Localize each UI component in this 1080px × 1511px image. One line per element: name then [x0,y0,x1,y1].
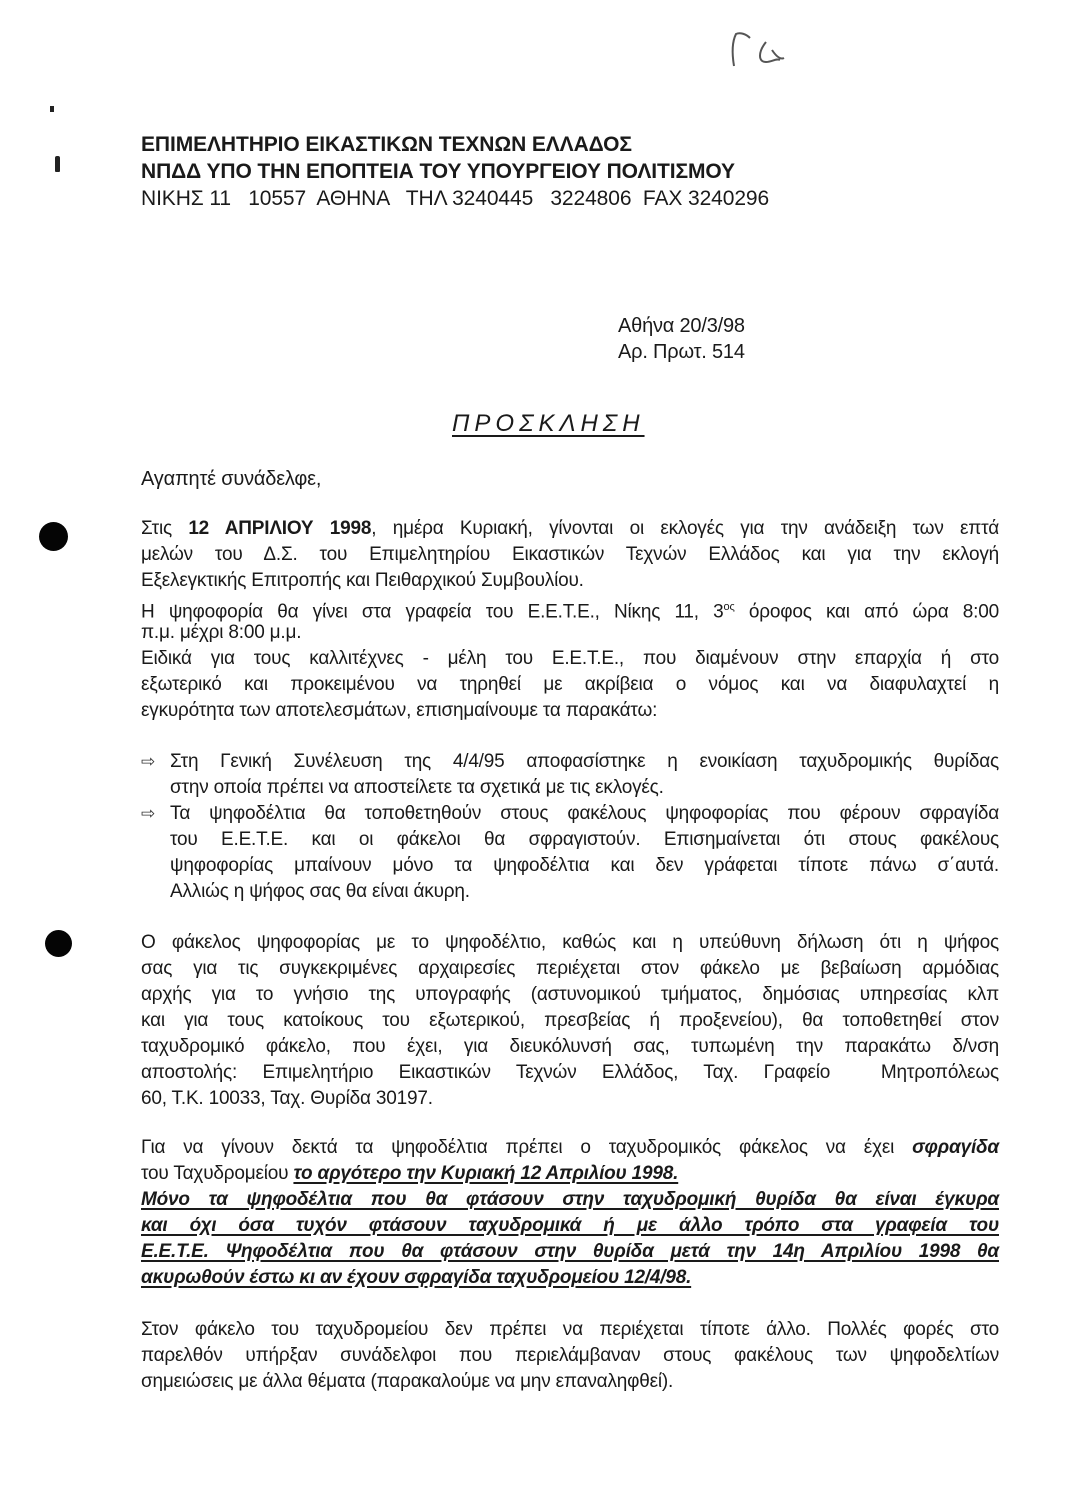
paragraph-3-warning-line: Ε.Ε.Τ.Ε. Ψηφοδέλτια που θα φτάσουν στην … [141,1240,999,1264]
paragraph-1-line: μελών του Δ.Σ. του Επιμελητηρίου Εικαστι… [141,543,999,567]
salutation: Αγαπητέ συνάδελφε, [141,467,321,491]
paragraph-1-line: Στις 12 ΑΠΡΙΛΙΟΥ 1998, ημέρα Κυριακή, γί… [141,517,999,541]
paragraph-3-warning-line: ακυρωθούν έστω κι αν έχουν σφραγίδα ταχυ… [141,1266,691,1290]
paragraph-2-line: αποστολής: Επιμελητήριο Εικαστικών Τεχνώ… [141,1061,999,1085]
document-title: ΠΡΟΣΚΛΗΣΗ [452,410,645,438]
paragraph-1-line: εγκυρότητα των αποτελεσμάτων, επισημαίνο… [141,699,657,723]
paragraph-1-line: εξωτερικό και προκειμένου να τηρηθεί με … [141,673,999,697]
arrow-right-icon: ⇨ [141,802,155,826]
arrow-right-icon: ⇨ [141,750,155,774]
scan-mark [55,156,60,172]
paragraph-4-line: Στον φάκελο του ταχυδρομείου δεν πρέπει … [141,1318,999,1342]
letterhead-organization: ΕΠΙΜΕΛΗΤΗΡΙΟ ΕΙΚΑΣΤΙΚΩΝ ΤΕΧΝΩΝ ΕΛΛΑΔΟΣ [141,133,632,157]
protocol-number: Αρ. Πρωτ. 514 [618,340,745,364]
paragraph-2-line: ταχυδρομικό φάκελο, που έχει, για διευκό… [141,1035,999,1059]
paragraph-1-line: Ειδικά για τους καλλιτέχνες - μέλη του Ε… [141,647,999,671]
handwritten-initials [728,28,798,70]
paragraph-2-line: και για τους κατοίκους του εξωτερικού, π… [141,1009,999,1033]
letter-date: Αθήνα 20/3/98 [618,314,745,338]
paragraph-2-line: Ο φάκελος ψηφοφορίας με το ψηφοδέλτιο, κ… [141,931,999,955]
letterhead-contact: ΝΙΚΗΣ 11 10557 ΑΘΗΝΑ ΤΗΛ 3240445 3224806… [141,187,769,211]
postmark-emphasis: σφραγίδα [912,1137,999,1158]
paragraph-1-line: π.μ. μέχρι 8:00 μ.μ. [141,621,301,645]
paragraph-3-warning-line: Μόνο τα ψηφοδέλτια που θα φτάσουν στην τ… [141,1188,999,1212]
paragraph-2-line: 60, Τ.Κ. 10033, Ταχ. Θυρίδα 30197. [141,1087,433,1111]
bullet-2-line: ψηφοφορίας μπαίνουν μόνο τα ψηφοδέλτια κ… [170,854,999,878]
scan-mark [50,106,54,112]
paragraph-4-line: σημειώσεις με άλλα θέματα (παρακαλούμε ν… [141,1370,673,1394]
paragraph-3-line: Για να γίνουν δεκτά τα ψηφοδέλτια πρέπει… [141,1136,999,1160]
paragraph-2-line: αρχής για το γνήσιο της υπογραφής (αστυν… [141,983,999,1007]
paragraph-1-line: Εξελεγκτικής Επιτροπής και Πειθαρχικού Σ… [141,569,584,593]
bullet-1-line: στην οποία πρέπει να αποστείλετε τα σχετ… [170,776,664,800]
paragraph-1-line: Η ψηφοφορία θα γίνει στα γραφεία του Ε.Ε… [141,595,999,624]
bullet-2-line: του Ε.Ε.Τ.Ε. και οι φάκελοι θα σφραγιστο… [170,828,999,852]
election-date-emphasis: 12 ΑΠΡΙΛΙΟΥ 1998 [188,518,371,539]
punch-hole [45,930,72,957]
bullet-2-line: Αλλιώς η ψήφος σας θα είναι άκυρη. [170,880,470,904]
letterhead-subtitle: ΝΠΔΔ ΥΠΟ ΤΗΝ ΕΠΟΠΤΕΙΑ ΤΟΥ ΥΠΟΥΡΓΕΙΟΥ ΠΟΛ… [141,160,735,184]
paragraph-3-warning-line: και όχι όσα τυχόν φτάσουν ταχυδρομικά ή … [141,1214,999,1238]
paragraph-2-line: σας για τις συγκεκριμένες αρχαιρεσίες πε… [141,957,999,981]
punch-hole [39,522,68,551]
bullet-1-line: Στη Γενική Συνέλευση της 4/4/95 αποφασίσ… [170,750,999,774]
bullet-2-line: Τα ψηφοδέλτια θα τοποθετηθούν στους φακέ… [170,802,999,826]
deadline-emphasis: το αργότερο την Κυριακή 12 Απριλίου 1998… [293,1163,678,1184]
scanned-letter-page: Γκ ΕΠΙΜΕΛΗΤΗΡΙΟ ΕΙΚΑΣΤΙΚΩΝ ΤΕΧΝΩΝ ΕΛΛΑΔΟ… [0,0,1080,1511]
paragraph-4-line: παρελθόν υπήρξαν συνάδελφοι που περιελάμ… [141,1344,999,1368]
paragraph-3-line: του Ταχυδρομείου το αργότερο την Κυριακή… [141,1162,678,1186]
